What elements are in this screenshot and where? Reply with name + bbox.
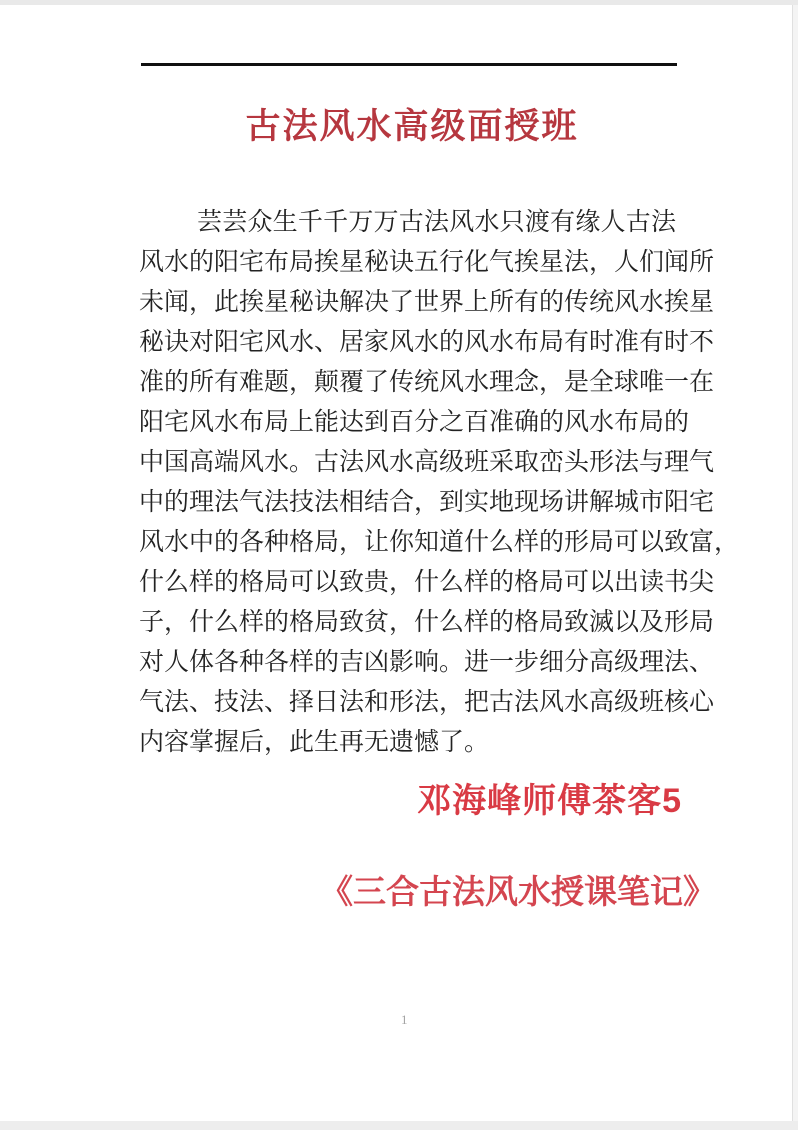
paragraph-line: 风水的阳宅布局挨星秘诀五行化气挨星法，人们闻所: [139, 243, 676, 283]
document-title: 古法风水高级面授班: [0, 104, 798, 150]
paragraph-line: 风水中的各种格局，让你知道什么样的形局可以致富，: [139, 523, 676, 563]
paragraph-line: 未闻，此挨星秘诀解决了世界上所有的传统风水挨星: [139, 283, 676, 323]
paragraph-line: 芸芸众生千千万万古法风水只渡有缘人古法: [139, 203, 676, 243]
paragraph-line: 准的所有难题，颠覆了传统风水理念，是全球唯一在: [139, 363, 676, 403]
paragraph-line: 秘诀对阳宅风水、居家风水的风水布局有时准有时不: [139, 323, 676, 363]
paragraph-line: 气法、技法、择日法和形法，把古法风水高级班核心: [139, 683, 676, 723]
header-rule: [141, 63, 677, 66]
paragraph-line: 对人体各种各样的吉凶影响。进一步细分高级理法、: [139, 643, 676, 683]
page-right-edge: [792, 5, 798, 1121]
paragraph-line: 阳宅风水布局上能达到百分之百准确的风水布局的: [139, 403, 676, 443]
book-title: 《三合古法风水授课笔记》: [320, 872, 716, 912]
paragraph-line: 中国高端风水。古法风水高级班采取峦头形法与理气: [139, 443, 676, 483]
page-bottom-edge: [0, 1121, 798, 1130]
paragraph-line: 子，什么样的格局致贫，什么样的格局致滅以及形局: [139, 603, 676, 643]
document-page: 古法风水高级面授班 芸芸众生千千万万古法风水只渡有缘人古法 风水的阳宅布局挨星秘…: [0, 0, 798, 1130]
paragraph-line: 什么样的格局可以致贵，什么样的格局可以出读书尖: [139, 563, 676, 603]
paragraph-line: 中的理法气法技法相结合，到实地现场讲解城市阳宅: [139, 483, 676, 523]
paragraph-line: 内容掌握后，此生再无遗憾了。: [139, 723, 676, 763]
page-top-edge: [0, 0, 798, 5]
author-signature: 邓海峰师傅茶客5: [417, 782, 682, 820]
page-number: 1: [401, 1012, 408, 1028]
body-paragraph: 芸芸众生千千万万古法风水只渡有缘人古法 风水的阳宅布局挨星秘诀五行化气挨星法，人…: [139, 203, 676, 763]
